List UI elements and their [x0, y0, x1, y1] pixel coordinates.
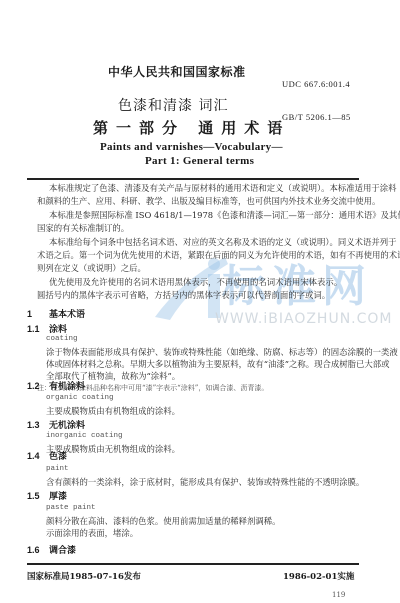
page-number: 119 — [332, 591, 345, 599]
footer-divider — [27, 563, 359, 565]
term-english: paste paint — [46, 504, 96, 512]
header-divider — [27, 178, 359, 180]
term-number: 1.2 — [27, 381, 49, 391]
section-number: 1 — [27, 309, 49, 319]
term-heading: 1.4色漆 — [27, 449, 67, 462]
term-title: 涂料 — [49, 325, 67, 335]
section-title: 基本术语 — [49, 310, 85, 320]
term-definition: 含有颜料的一类涂料，涂于底材时，能形成具有保护、装饰或特殊性能的不透明涂膜。 — [46, 476, 364, 488]
term-title: 调合漆 — [49, 546, 76, 556]
issue-date: 国家标准局1985-07-16发布 — [27, 570, 141, 582]
intro-line: 和颜料的生产、应用、科研、教学、出版及编目标准等，也可供国内外技术业务交流中使用… — [37, 195, 359, 209]
intro-line: 圆括号内的黑体字表示可省略，方括号内的黑体字表示可以代替前面的字或词。 — [37, 289, 359, 303]
term-english: organic coating — [46, 394, 114, 402]
document-subtitle-cn: 第一部分 通用术语 — [93, 117, 290, 138]
term-definition: 颜料分散在高油、漆料的色浆。使用前需加适量的稀释剂调稀。 — [46, 515, 281, 527]
term-heading: 1.6调合漆 — [27, 543, 76, 556]
term-number: 1.3 — [27, 420, 49, 430]
effective-date: 1986-02-01实施 — [283, 570, 354, 582]
intro-line: 本标准给每个词条中包括名词术语、对应的英文名称及术语的定义（或说明）。同义术语并… — [49, 236, 371, 250]
term-definition: 主要成膜物质由有机物组成的涂料。 — [46, 405, 180, 417]
term-definition: 示面涂用的表面，堵涂。 — [46, 527, 138, 539]
document-title-cn: 色漆和清漆 词汇 — [118, 95, 228, 115]
term-definition: 体或固体材料之总称。早期大多以植物油为主要原料，故有“油漆”之称。现合成树脂已大… — [46, 358, 390, 370]
term-english: inorganic coating — [46, 432, 123, 440]
standard-number: GB/T 5206.1—85 — [282, 112, 351, 122]
term-definition: 涂于物体表面能形成具有保护、装饰或特殊性能（如绝缘、防腐、标志等）的固态涂膜的一… — [46, 346, 398, 358]
term-english: paint — [46, 465, 69, 473]
term-heading: 1.1涂料 — [27, 322, 67, 335]
intro-line: 术语之后。第一个词为优先使用的术语，紧跟在后面的同义为允许使用的术语，如有不再使… — [37, 249, 359, 263]
intro-line: 本标准是参照国际标准 ISO 4618/1—1978《色漆和清漆—词汇—第一部分… — [49, 209, 371, 223]
watermark-url: WWW.iBIAOZHUN.COM — [215, 311, 393, 327]
issuing-authority: 中华人民共和国国家标准 — [108, 63, 246, 80]
term-title: 有机涂料 — [49, 382, 85, 392]
term-english: coating — [46, 335, 78, 343]
intro-line: 优先使用及允许使用的名词术语用黑体表示，不再使用的名词术语用宋体表示。 — [49, 276, 371, 290]
intro-line: 本标准规定了色漆、清漆及有关产品与原材料的通用术语和定义（或说明）。本标准适用于… — [49, 182, 371, 196]
document-title-en: Paints and varnishes—Vocabulary— — [100, 141, 283, 153]
term-number: 1.4 — [27, 451, 49, 461]
document-subtitle-en: Part 1: General terms — [145, 155, 254, 167]
term-title: 厚漆 — [49, 492, 67, 502]
intro-line: 则列在定义（或说明）之后。 — [37, 262, 359, 276]
term-number: 1.6 — [27, 545, 49, 555]
term-number: 1.1 — [27, 324, 49, 334]
intro-line: 国家的有关标准制订的。 — [37, 222, 359, 236]
term-title: 无机涂料 — [49, 421, 85, 431]
term-heading: 1.2有机涂料 — [27, 379, 85, 392]
term-heading: 1.5厚漆 — [27, 489, 67, 502]
term-title: 色漆 — [49, 452, 67, 462]
udc-code: UDC 667.6:001.4 — [282, 79, 350, 89]
term-heading: 1.3无机涂料 — [27, 418, 85, 431]
section-heading: 1基本术语 — [27, 307, 85, 320]
term-number: 1.5 — [27, 491, 49, 501]
